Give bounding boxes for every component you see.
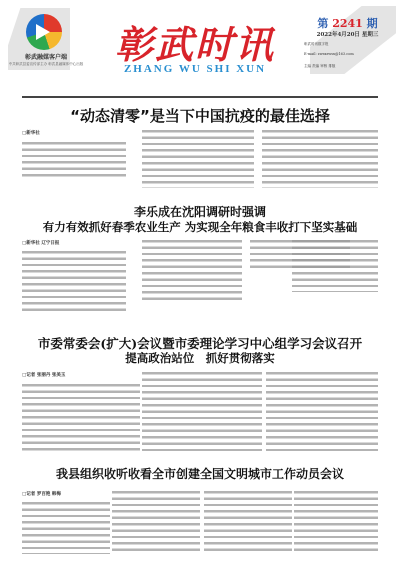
article-4-col-4 xyxy=(294,491,378,555)
article-3-headline[interactable]: 提高政治站位 抓好贯彻落实 xyxy=(0,350,400,366)
logo-subcaption: 中共彰武县委宣传部主办 彰武县融媒体中心出版 xyxy=(6,62,86,67)
article-2-headline[interactable]: 有力有效抓好春季农业生产 为实现全年粮食丰收打下坚实基础 xyxy=(0,219,400,235)
article-1-headline[interactable]: “动态清零”是当下中国抗疫的最佳选择 xyxy=(0,105,400,126)
article-4-col-1 xyxy=(22,502,110,554)
play-icon xyxy=(36,24,50,40)
article-3-byline: □记者 张丽丹 张美玉 xyxy=(22,372,65,378)
article-2-col-2 xyxy=(142,240,242,304)
article-1-col-3 xyxy=(262,130,378,188)
article-1-byline: □新华社 xyxy=(22,130,40,136)
article-4-col-2 xyxy=(112,491,200,555)
article-2-byline: □新华社 辽宁日报 xyxy=(22,240,59,246)
article-2-col-1 xyxy=(22,251,126,315)
article-1-col-2 xyxy=(142,130,254,188)
issue-suffix: 期 xyxy=(367,17,378,30)
article-2-col-4 xyxy=(292,240,378,292)
article-3-col-2 xyxy=(142,372,262,454)
issue-prefix: 第 xyxy=(317,17,328,30)
logo-caption: 彰武融媒客户端 xyxy=(6,52,86,61)
article-3-col-1 xyxy=(22,384,140,454)
newspaper-title: 彰武时讯 xyxy=(105,14,285,69)
masthead-divider xyxy=(22,96,378,98)
article-4-col-3 xyxy=(204,491,292,555)
article-4-headline[interactable]: 我县组织收听收看全市创建全国文明城市工作动员会议 xyxy=(0,465,400,482)
issue-number: 第 2241 期 xyxy=(300,15,395,31)
article-4-byline: □记者 罗百艳 韩梅 xyxy=(22,491,61,497)
newspaper-title-pinyin: ZHANG WU SHI XUN xyxy=(105,63,285,75)
info-line-1: 彰武时讯数字报 xyxy=(300,42,399,47)
article-3-col-3 xyxy=(266,372,378,454)
issue-num: 2241 xyxy=(332,17,363,30)
issue-date: 2022年4月20日 星期三 xyxy=(300,30,395,38)
article-2-kicker: 李乐成在沈阳调研时强调 xyxy=(0,203,400,220)
info-line-2: E-mail: zwsxzwsx@163.com xyxy=(300,52,399,56)
article-1-col-1 xyxy=(22,142,126,180)
info-line-3: 主编 责编 审核 排版 xyxy=(300,64,399,69)
